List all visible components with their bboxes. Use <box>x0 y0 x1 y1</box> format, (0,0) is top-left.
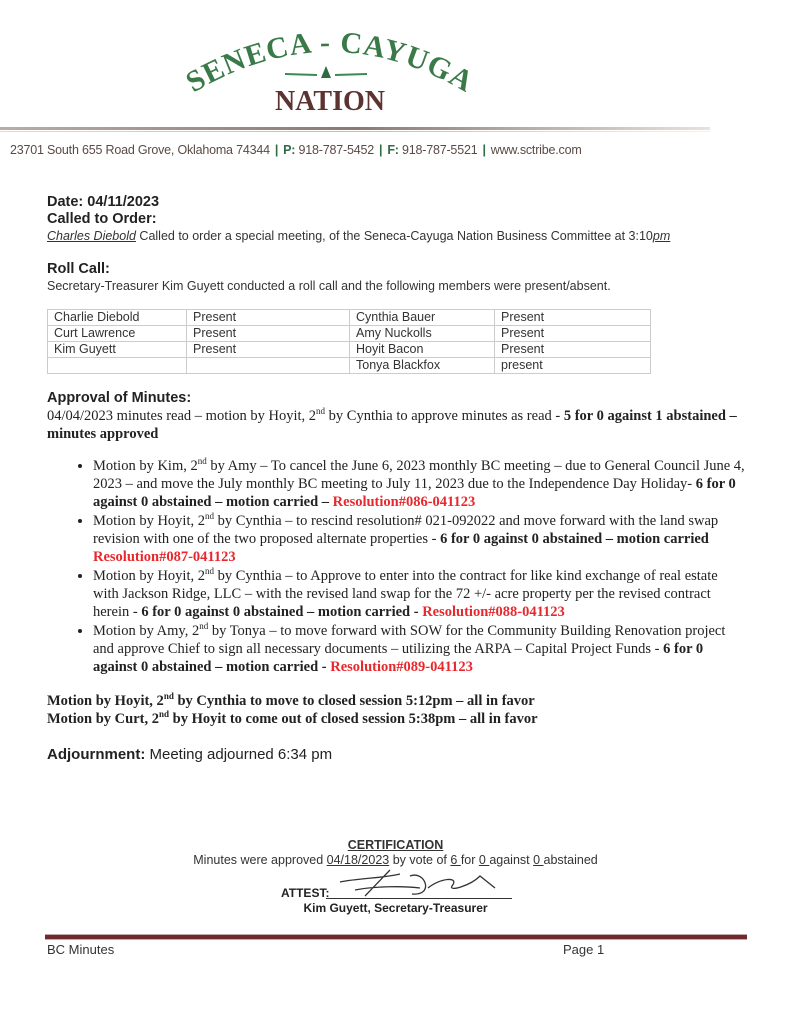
minutes-body: Date: 04/11/2023 Called to Order: Charle… <box>47 194 747 763</box>
list-item: Motion by Hoyit, 2nd by Cynthia – to res… <box>93 512 747 566</box>
header-rule <box>0 127 710 130</box>
table-row: Curt LawrencePresentAmy NuckollsPresent <box>48 326 651 342</box>
resolution-number: Resolution#089-041123 <box>330 659 473 675</box>
called-to-order-heading: Called to Order: <box>47 211 747 228</box>
table-row: Kim GuyettPresentHoyit BaconPresent <box>48 342 651 358</box>
svg-text:NATION: NATION <box>275 86 385 117</box>
list-item: Motion by Amy, 2nd by Tonya – to move fo… <box>93 622 747 676</box>
closed-session-motions: Motion by Hoyit, 2nd by Cynthia to move … <box>47 692 747 728</box>
resolution-number: Resolution#088-041123 <box>422 604 565 620</box>
phone: 918-787-5452 <box>299 143 374 157</box>
approval-heading: Approval of Minutes: <box>47 390 747 407</box>
footer-rule <box>45 934 747 940</box>
adjournment: Adjournment: Meeting adjourned 6:34 pm <box>47 746 747 763</box>
footer-title: BC Minutes <box>47 942 114 957</box>
approval-text: 04/04/2023 minutes read – motion by Hoyi… <box>47 407 747 443</box>
resolution-number: Resolution#086-041123 <box>333 494 476 510</box>
meeting-date: Date: 04/11/2023 <box>47 194 747 211</box>
tree-icon <box>321 66 331 78</box>
called-to-order-text: Charles Diebold Called to order a specia… <box>47 228 747 245</box>
signer-name: Kim Guyett, Secretary-Treasurer <box>0 901 791 915</box>
motions-list: Motion by Kim, 2nd by Amy – To cancel th… <box>47 457 747 676</box>
website-link[interactable]: www.sctribe.com <box>491 143 582 157</box>
header-rule-accent <box>0 131 710 132</box>
signature-icon <box>330 868 520 900</box>
table-row: Tonya Blackfoxpresent <box>48 358 651 374</box>
address: 23701 South 655 Road Grove, Oklahoma 743… <box>10 143 270 157</box>
attest-label: ATTEST: <box>281 886 329 900</box>
certification-title: CERTIFICATION <box>0 838 791 852</box>
session-motion: Motion by Hoyit, 2nd by Cynthia to move … <box>47 692 747 710</box>
list-item: Motion by Kim, 2nd by Amy – To cancel th… <box>93 457 747 511</box>
list-item: Motion by Hoyit, 2nd by Cynthia – to App… <box>93 567 747 621</box>
fax: 918-787-5521 <box>402 143 477 157</box>
seneca-cayuga-logo: SENECA - CAYUGA NATION <box>185 22 475 117</box>
roll-call-text: Secretary-Treasurer Kim Guyett conducted… <box>47 278 747 295</box>
contact-line: 23701 South 655 Road Grove, Oklahoma 743… <box>10 143 582 157</box>
page-number: Page 1 <box>563 942 604 957</box>
resolution-number: Resolution#087-041123 <box>93 549 236 565</box>
table-row: Charlie DieboldPresentCynthia BauerPrese… <box>48 310 651 326</box>
certification-text: Minutes were approved 04/18/2023 by vote… <box>0 853 791 867</box>
roll-call-heading: Roll Call: <box>47 261 747 278</box>
session-motion: Motion by Curt, 2nd by Hoyit to come out… <box>47 710 747 728</box>
roll-call-table: Charlie DieboldPresentCynthia BauerPrese… <box>47 309 651 374</box>
